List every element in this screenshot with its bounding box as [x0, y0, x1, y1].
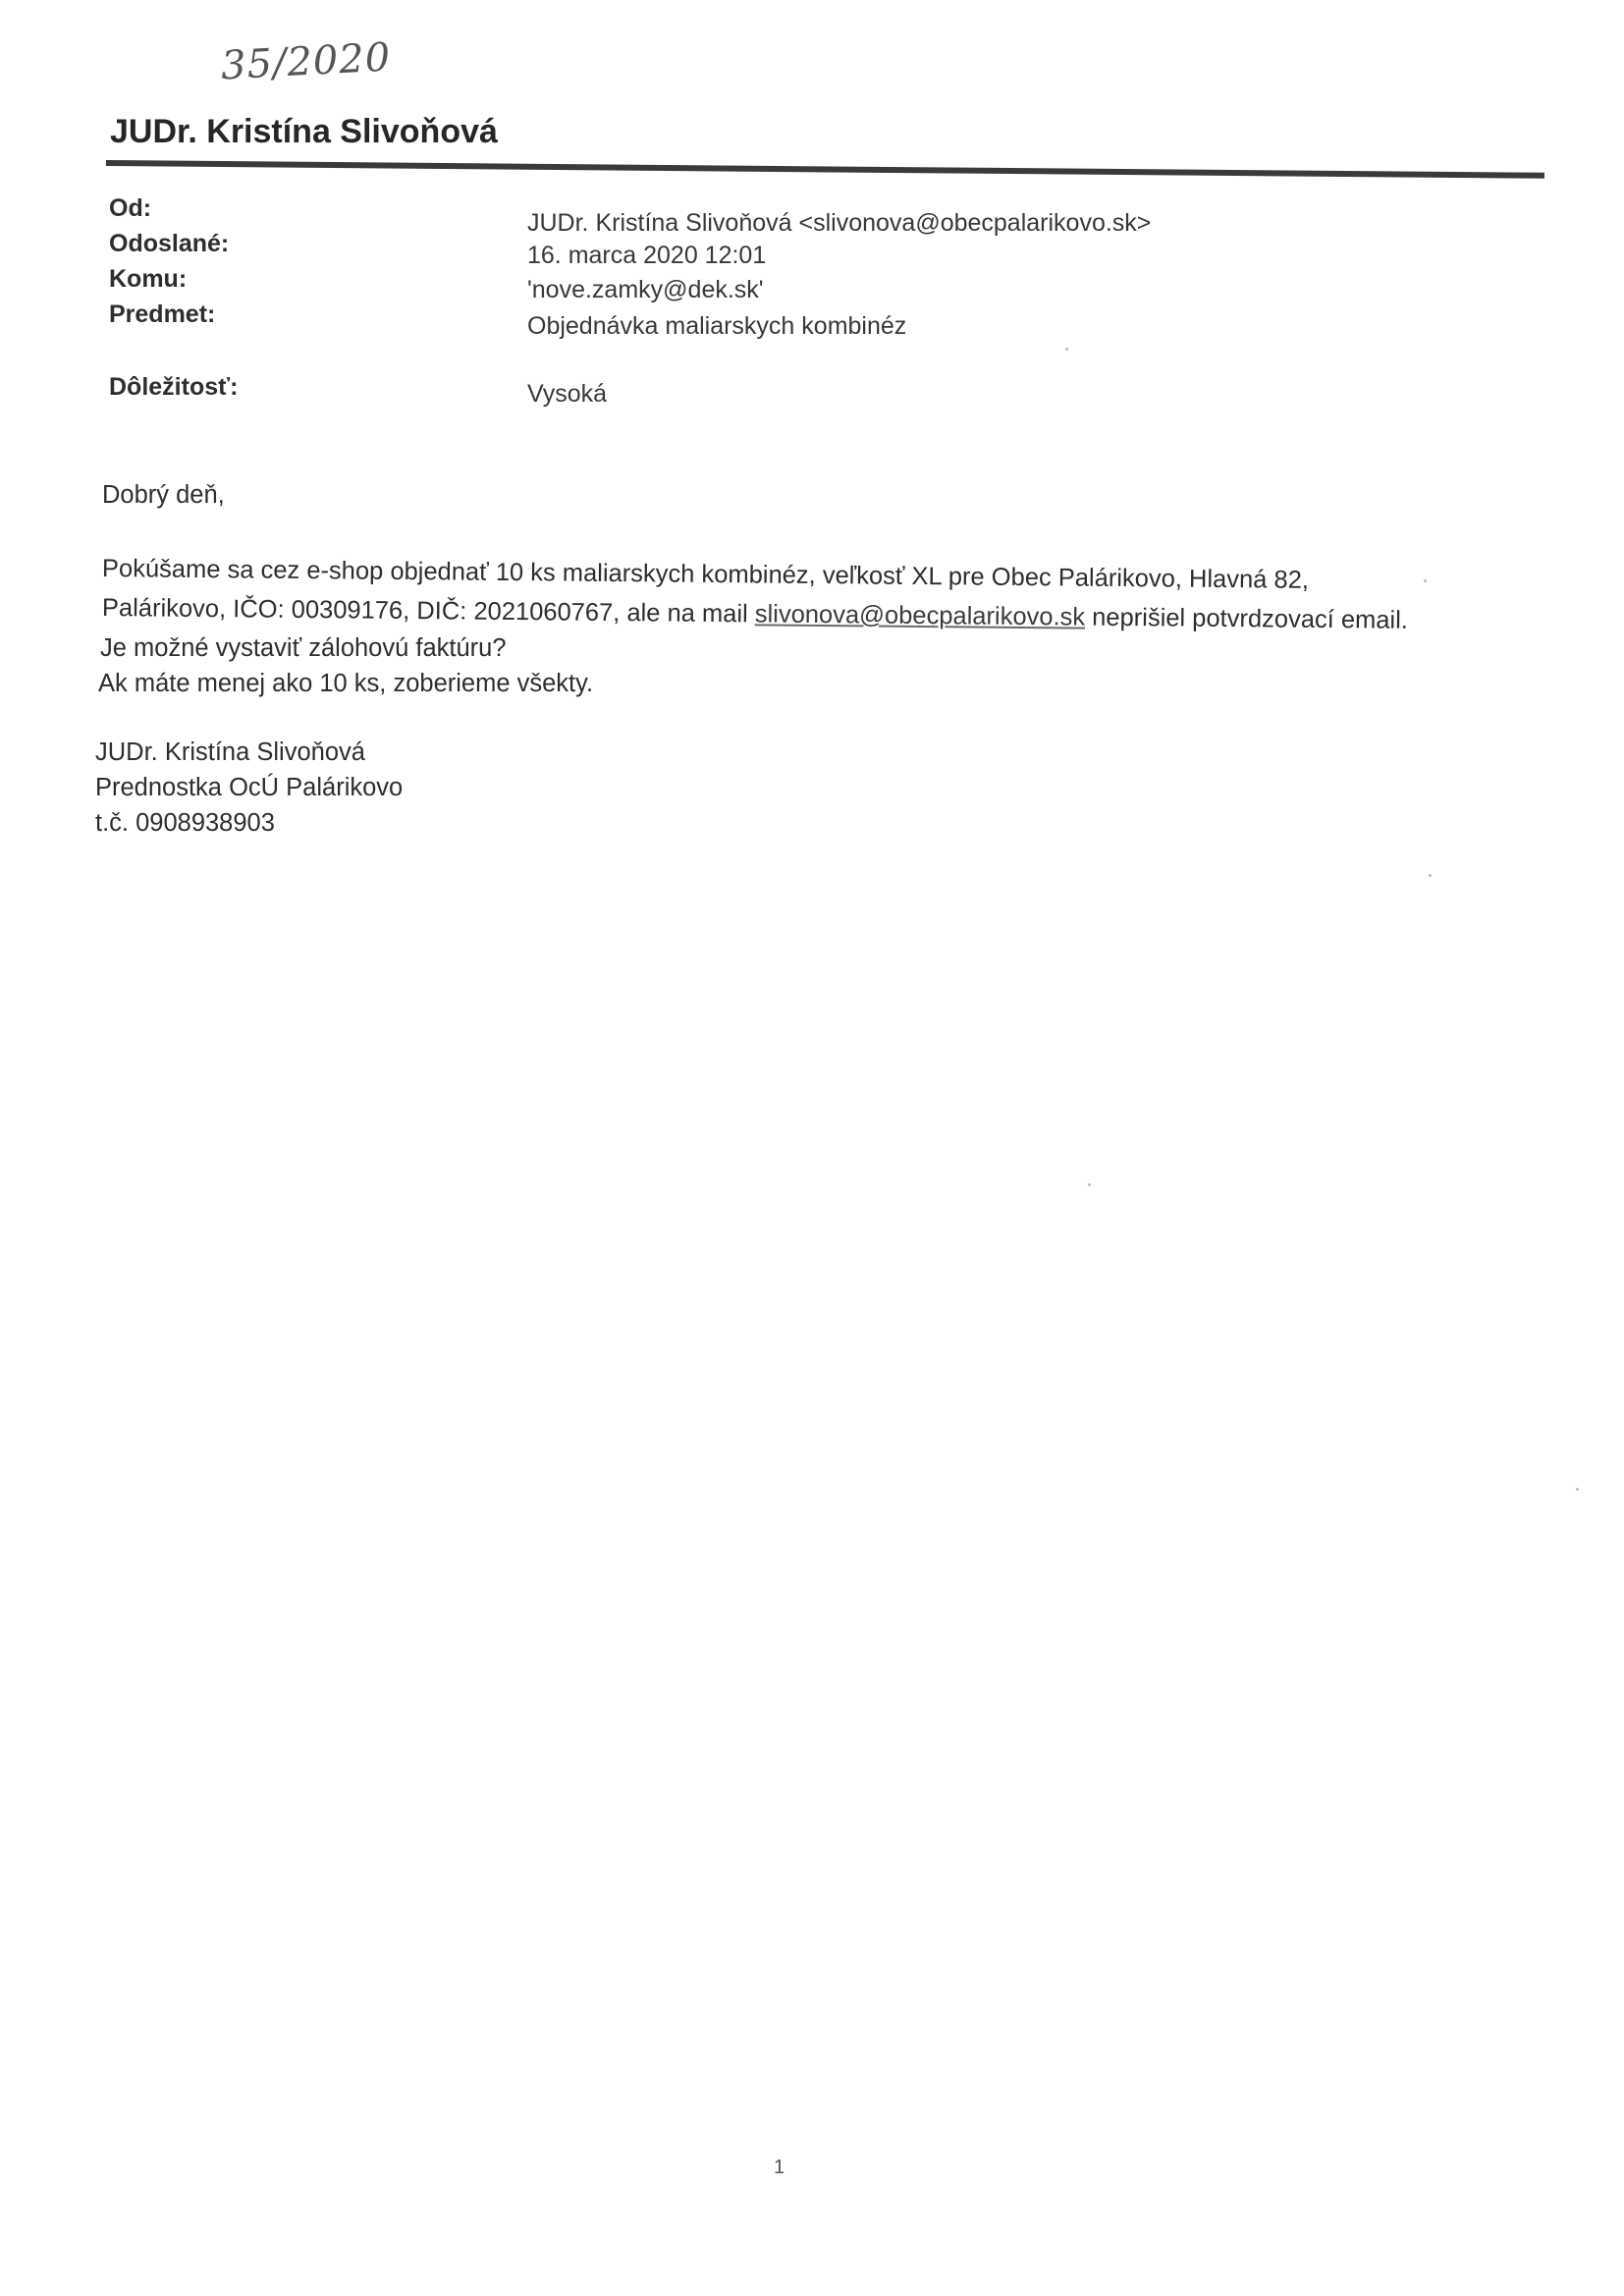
- page-number: 1: [774, 2157, 785, 2179]
- importance-value: Vysoká: [527, 380, 607, 409]
- sent-value: 16. marca 2020 12:01: [527, 242, 766, 270]
- body-line-2: Palárikovo, IČO: 00309176, DIČ: 20210607…: [102, 594, 1408, 635]
- scan-speck: [1424, 579, 1427, 582]
- greeting: Dobrý deň,: [102, 481, 225, 510]
- title-divider: [106, 160, 1544, 179]
- body-line-4: Ak máte menej ako 10 ks, zoberieme všekt…: [98, 670, 593, 698]
- to-label: Komu:: [109, 265, 187, 294]
- from-value: JUDr. Kristína Slivoňová <slivonova@obec…: [527, 209, 1151, 238]
- signature-role: Prednostka OcÚ Palárikovo: [95, 774, 403, 802]
- to-value: 'nove.zamky@dek.sk': [527, 276, 764, 304]
- scan-speck: [1088, 1183, 1091, 1186]
- sender-email-link[interactable]: slivonova@obecpalarikovo.sk: [755, 600, 1086, 630]
- body-line-2-text: Palárikovo, IČO: 00309176, DIČ: 20210607…: [102, 594, 755, 628]
- importance-label: Dôležitosť:: [109, 373, 238, 402]
- sent-label: Odoslané:: [109, 230, 229, 258]
- body-line-2-end: neprišiel potvrdzovací email.: [1085, 604, 1408, 634]
- subject-value: Objednávka maliarskych kombinéz: [527, 312, 906, 341]
- scan-speck: [1429, 874, 1432, 877]
- scan-speck: [1576, 1488, 1579, 1491]
- body-line-1: Pokúšame sa cez e-shop objednať 10 ks ma…: [102, 555, 1309, 595]
- subject-label: Predmet:: [109, 301, 215, 329]
- signature-name: JUDr. Kristína Slivoňová: [95, 738, 365, 767]
- handwritten-registry-number: 35/2020: [220, 34, 392, 88]
- signature-phone: t.č. 0908938903: [95, 809, 275, 838]
- body-line-3: Je možné vystaviť zálohovú faktúru?: [100, 634, 507, 663]
- from-label: Od:: [109, 194, 151, 223]
- document-title: JUDr. Kristína Slivoňová: [110, 113, 498, 151]
- scan-speck: [1065, 348, 1068, 351]
